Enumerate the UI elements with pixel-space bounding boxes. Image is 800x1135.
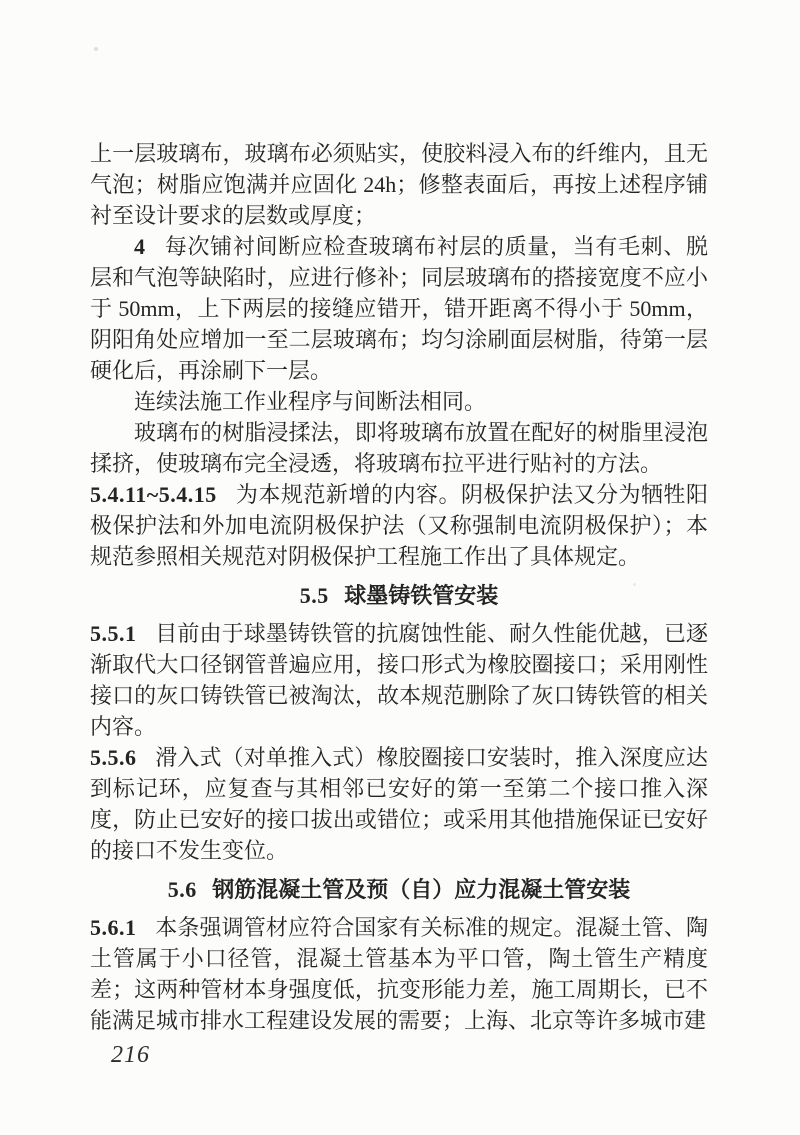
clause-text: 本条强调管材应符合国家有关标准的规定。混凝土管、陶土管属于小口径管，混凝土管基本… [90,915,708,1033]
section-heading-5-5: 5.5球墨铸铁管安装 [90,578,708,614]
section-number: 5.6 [168,877,197,902]
clause-text: 滑入式（对单推入式）橡胶圈接口安装时，推入深度应达到标记环，应复查与其相邻已安好… [90,745,708,863]
scanned-document-page: 上一层玻璃布，玻璃布必须贴实，使胶料浸入布的纤维内，且无气泡；树脂应饱满并应固化… [0,0,800,1135]
clause-number: 5.6.1 [90,915,137,940]
clause-5-6-1: 5.6.1本条强调管材应符合国家有关标准的规定。混凝土管、陶土管属于小口径管，混… [90,912,708,1036]
paragraph-resin-soaking: 玻璃布的树脂浸揉法，即将玻璃布放置在配好的树脂里浸泡揉挤，使玻璃布完全浸透，将玻… [90,417,708,479]
clause-5-5-1: 5.5.1目前由于球墨铸铁管的抗腐蚀性能、耐久性能优越，已逐渐取代大口径钢管普遍… [90,618,708,742]
numbered-item-4: 4每次铺衬间断应检查玻璃布衬层的质量，当有毛刺、脱层和气泡等缺陷时，应进行修补；… [90,231,708,386]
clause-number: 5.4.11~5.4.15 [90,482,217,507]
clause-number: 5.5.6 [90,745,137,770]
clause-text: 目前由于球墨铸铁管的抗腐蚀性能、耐久性能优越，已逐渐取代大口径钢管普遍应用，接口… [90,621,708,739]
scan-speck [94,47,98,51]
page-number: 216 [111,1042,150,1069]
section-number: 5.5 [300,583,329,608]
item-number: 4 [134,234,146,259]
clause-number: 5.5.1 [90,621,137,646]
section-title: 钢筋混凝土管及预（自）应力混凝土管安装 [212,877,630,902]
clause-5-5-6: 5.5.6滑入式（对单推入式）橡胶圈接口安装时，推入深度应达到标记环，应复查与其… [90,742,708,866]
paragraph-continuous-method: 连续法施工作业程序与间断法相同。 [90,386,708,417]
section-heading-5-6: 5.6钢筋混凝土管及预（自）应力混凝土管安装 [90,872,708,908]
section-title: 球墨铸铁管安装 [344,583,498,608]
item-text: 每次铺衬间断应检查玻璃布衬层的质量，当有毛刺、脱层和气泡等缺陷时，应进行修补；同… [90,234,708,383]
clause-5-4-11: 5.4.11~5.4.15为本规范新增的内容。阴极保护法又分为牺牲阳极保护法和外… [90,479,708,572]
page-content: 上一层玻璃布，玻璃布必须贴实，使胶料浸入布的纤维内，且无气泡；树脂应饱满并应固化… [90,138,708,1036]
paragraph-lining-continuation: 上一层玻璃布，玻璃布必须贴实，使胶料浸入布的纤维内，且无气泡；树脂应饱满并应固化… [90,138,708,231]
